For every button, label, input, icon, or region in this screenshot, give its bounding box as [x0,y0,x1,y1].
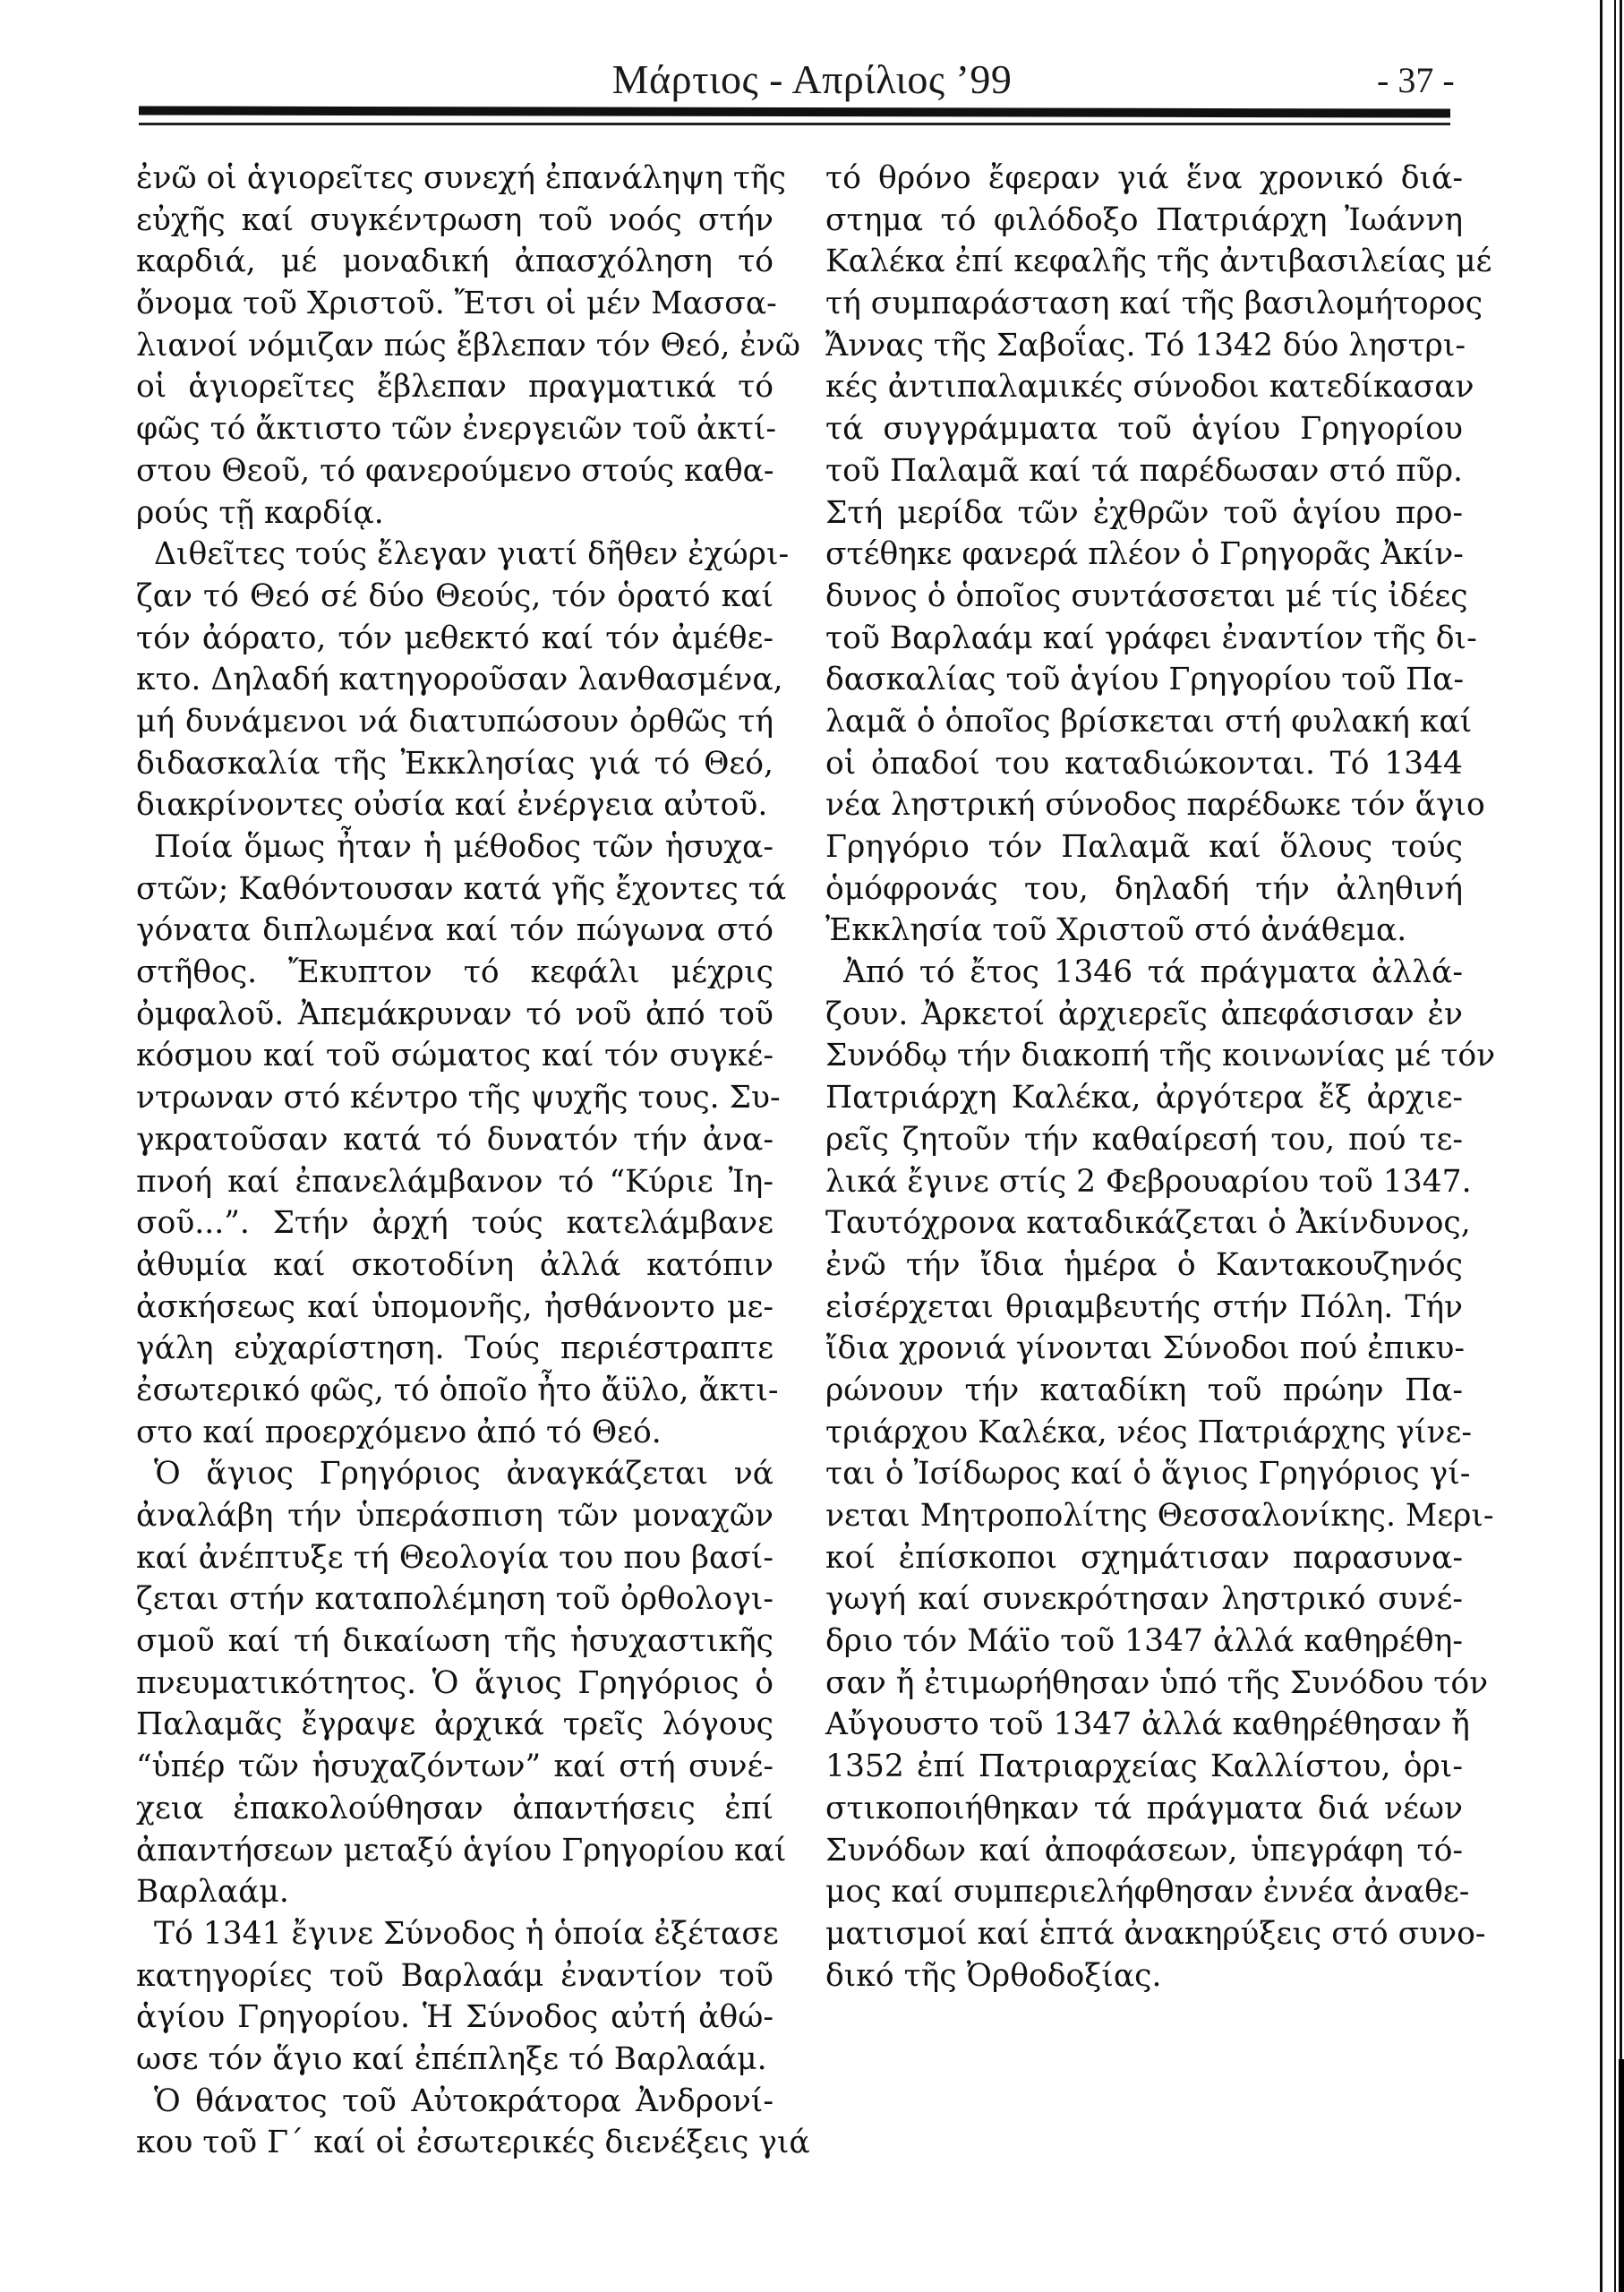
text-line: κοί ἐπίσκοποι σχημάτισαν παρασυνα- [825,1537,1463,1579]
text-line: Διθεῖτες τούς ἔλεγαν γιατί δῆθεν ἐχώρι- [136,534,774,576]
text-line: 1352 ἐπί Πατριαρχείας Καλλίστου, ὁρι- [825,1746,1463,1788]
text-line: διακρίνοντες οὐσία καί ἐνέργεια αὐτοῦ. [136,784,774,826]
text-line: ὁμόφρονάς του, δηλαδή τήν ἀληθινή [825,868,1463,911]
left-column: ἐνῶ οἱ ἁγιορεῖτες συνεχή ἐπανάληψη τῆςεὐ… [136,158,774,2164]
text-line: ἐνῶ οἱ ἁγιορεῖτες συνεχή ἐπανάληψη τῆς [136,158,774,200]
text-line: σαν ἤ ἐτιμωρήθησαν ὑπό τῆς Συνόδου τόν [825,1663,1463,1705]
text-line: ἐνῶ τήν ἴδια ἡμέρα ὁ Καντακουζηνός [825,1244,1463,1287]
text-line: καρδιά, μέ μοναδική ἀπασχόληση τό [136,241,774,283]
text-line: ἀθυμία καί σκοτοδίνη ἀλλά κατόπιν [136,1244,774,1287]
text-line: πνοή καί ἐπανελάμβανον τό “Κύριε Ἰη- [136,1161,774,1203]
right-column: τό θρόνο ἔφεραν γιά ἕνα χρονικό διά-στημ… [825,158,1463,1997]
text-line: γόνατα διπλωμένα καί τόν πώγωνα στό [136,910,774,952]
text-line: στῶν; Καθόντουσαν κατά γῆς ἔχοντες τά [136,868,774,911]
header-rule-thin [139,123,1450,125]
text-line: στου Θεοῦ, τό φανερούμενο στούς καθα- [136,450,774,492]
text-line: τά συγγράμματα τοῦ ἁγίου Γρηγορίου [825,408,1463,450]
text-line: ρεῖς ζητοῦν τήν καθαίρεσή του, πού τε- [825,1119,1463,1161]
text-line: ται ὁ Ἰσίδωρος καί ὁ ἅγιος Γρηγόριος γί- [825,1453,1463,1495]
scan-edge-line [1620,0,1622,2292]
text-line: ρούς τῇ καρδίᾳ. [136,492,774,535]
text-line: Ποία ὅμως ἦταν ἡ μέθοδος τῶν ἡσυχα- [136,826,774,868]
page-number: - 37 - [1377,59,1455,101]
text-line: οἱ ἁγιορεῖτες ἔβλεπαν πραγματικά τό [136,366,774,408]
scan-edge-shadow [1619,2059,1624,2292]
text-line: κές ἀντιπαλαμικές σύνοδοι κατεδίκασαν [825,366,1463,408]
text-line: ἀναλάβη τήν ὑπεράσπιση τῶν μοναχῶν [136,1495,774,1537]
text-line: ὀμφαλοῦ. Ἀπεμάκρυναν τό νοῦ ἀπό τοῦ [136,994,774,1036]
text-line: Γρηγόριο τόν Παλαμᾶ καί ὅλους τούς [825,826,1463,868]
text-line: τριάρχου Καλέκα, νέος Πατριάρχης γίνε- [825,1412,1463,1454]
text-line: γάλη εὐχαρίστηση. Τούς περιέστραπτε [136,1328,774,1370]
text-line: ωσε τόν ἅγιο καί ἐπέπληξε τό Βαρλαάμ. [136,2039,774,2081]
text-line: εὐχῆς καί συγκέντρωση τοῦ νοός στήν [136,200,774,242]
text-line: μος καί συμπεριελήφθησαν ἐννέα ἀναθε- [825,1871,1463,1913]
text-line: λαμᾶ ὁ ὁποῖος βρίσκεται στή φυλακή καί [825,701,1463,743]
text-line: τό θρόνο ἔφεραν γιά ἕνα χρονικό διά- [825,158,1463,200]
text-line: Ἄννας τῆς Σαβοΐας. Τό 1342 δύο ληστρι- [825,325,1463,367]
text-line: σμοῦ καί τή δικαίωση τῆς ἡσυχαστικῆς [136,1621,774,1663]
text-line: δριο τόν Μάϊο τοῦ 1347 ἀλλά καθηρέθη- [825,1621,1463,1663]
text-line: νέα ληστρική σύνοδος παρέδωκε τόν ἅγιο [825,784,1463,826]
text-line: γκρατοῦσαν κατά τό δυνατόν τήν ἀνα- [136,1119,774,1161]
text-line: γωγή καί συνεκρότησαν ληστρικό συνέ- [825,1578,1463,1621]
scan-edge-line [1600,0,1603,2292]
header-rule-thick [139,106,1450,117]
text-line: Παλαμᾶς ἔγραψε ἀρχικά τρεῖς λόγους [136,1704,774,1746]
text-line: ἐσωτερικό φῶς, τό ὁποῖο ἦτο ἄϋλο, ἄκτι- [136,1370,774,1412]
text-line: ἀπαντήσεων μεταξύ ἁγίου Γρηγορίου καί [136,1830,774,1872]
text-line: τοῦ Βαρλαάμ καί γράφει ἐναντίον τῆς δι- [825,618,1463,660]
text-line: χεια ἐπακολούθησαν ἀπαντήσεις ἐπί [136,1788,774,1830]
text-line: κτο. Δηλαδή κατηγοροῦσαν λανθασμένα, [136,659,774,701]
text-line: ζαν τό Θεό σέ δύο Θεούς, τόν ὁρατό καί [136,576,774,618]
text-line: Συνόδῳ τήν διακοπή τῆς κοινωνίας μέ τόν [825,1035,1463,1077]
text-line: στημα τό φιλόδοξο Πατριάρχη Ἰωάννη [825,200,1463,242]
text-line: Αὔγουστο τοῦ 1347 ἀλλά καθηρέθησαν ἤ [825,1704,1463,1746]
text-line: Βαρλαάμ. [136,1871,774,1913]
text-line: τοῦ Παλαμᾶ καί τά παρέδωσαν στό πῦρ. [825,450,1463,492]
text-line: μή δυνάμενοι νά διατυπώσουν ὀρθῶς τή [136,701,774,743]
text-line: Στή μερίδα τῶν ἐχθρῶν τοῦ ἁγίου προ- [825,492,1463,535]
text-line: εἰσέρχεται θριαμβευτής στήν Πόλη. Τήν [825,1287,1463,1329]
text-line: Καλέκα ἐπί κεφαλῆς τῆς ἀντιβασιλείας μέ [825,241,1463,283]
text-line: στο καί προερχόμενο ἀπό τό Θεό. [136,1412,774,1454]
text-line: Συνόδων καί ἀποφάσεων, ὑπεγράφη τό- [825,1830,1463,1872]
text-line: δασκαλίας τοῦ ἁγίου Γρηγορίου τοῦ Πα- [825,659,1463,701]
text-line: Ἐκκλησία τοῦ Χριστοῦ στό ἀνάθεμα. [825,910,1463,952]
text-line: λικά ἔγινε στίς 2 Φεβρουαρίου τοῦ 1347. [825,1161,1463,1203]
text-line: ματισμοί καί ἑπτά ἀνακηρύξεις στό συνο- [825,1913,1463,1955]
text-line: ἁγίου Γρηγορίου. Ἡ Σύνοδος αὐτή ἀθώ- [136,1997,774,2039]
text-line: σοῦ...”. Στήν ἀρχή τούς κατελάμβανε [136,1202,774,1244]
text-line: Πατριάρχη Καλέκα, ἀργότερα ἔξ ἀρχιε- [825,1077,1463,1119]
text-line: στικοποιήθηκαν τά πράγματα διά νέων [825,1788,1463,1830]
text-line: νεται Μητροπολίτης Θεσσαλονίκης. Μερι- [825,1495,1463,1537]
text-line: φῶς τό ἄκτιστο τῶν ἐνεργειῶν τοῦ ἀκτί- [136,408,774,450]
text-line: ὄνομα τοῦ Χριστοῦ. Ἔτσι οἱ μέν Μασσα- [136,283,774,325]
text-line: Ἀπό τό ἔτος 1346 τά πράγματα ἀλλά- [825,952,1463,994]
text-line: τόν ἀόρατο, τόν μεθεκτό καί τόν ἀμέθε- [136,618,774,660]
text-line: Ταυτόχρονα καταδικάζεται ὁ Ἀκίνδυνος, [825,1202,1463,1244]
text-line: κατηγορίες τοῦ Βαρλαάμ ἐναντίον τοῦ [136,1955,774,1997]
text-line: δυνος ὁ ὁποῖος συντάσσεται μέ τίς ἰδέες [825,576,1463,618]
text-line: καί ἀνέπτυξε τή Θεολογία του που βασί- [136,1537,774,1579]
text-line: διδασκαλία τῆς Ἐκκλησίας γιά τό Θεό, [136,743,774,785]
text-line: πνευματικότητος. Ὁ ἅγιος Γρηγόριος ὁ [136,1663,774,1705]
text-line: κου τοῦ Γ΄ καί οἱ ἐσωτερικές διενέξεις γ… [136,2122,774,2164]
text-line: τή συμπαράσταση καί τῆς βασιλομήτορος [825,283,1463,325]
text-line: Τό 1341 ἔγινε Σύνοδος ἡ ὁποία ἐξέτασε [136,1913,774,1955]
text-line: στέθηκε φανερά πλέον ὁ Γρηγορᾶς Ἀκίν- [825,534,1463,576]
text-line: δικό τῆς Ὀρθοδοξίας. [825,1955,1463,1997]
text-line: ζουν. Ἀρκετοί ἀρχιερεῖς ἀπεφάσισαν ἐν [825,994,1463,1036]
text-line: ἀσκήσεως καί ὑπομονῆς, ἠσθάνοντο με- [136,1287,774,1329]
text-line: λιανοί νόμιζαν πώς ἔβλεπαν τόν Θεό, ἐνῶ [136,325,774,367]
text-line: “ὑπέρ τῶν ἡσυχαζόντων” καί στή συνέ- [136,1746,774,1788]
scan-edge-line [1614,0,1616,2292]
text-line: στῆθος. Ἔκυπτον τό κεφάλι μέχρις [136,952,774,994]
text-line: ρώνουν τήν καταδίκη τοῦ πρώην Πα- [825,1370,1463,1412]
text-line: οἱ ὀπαδοί του καταδιώκονται. Τό 1344 [825,743,1463,785]
text-line: κόσμου καί τοῦ σώματος καί τόν συγκέ- [136,1035,774,1077]
text-line: Ὁ ἅγιος Γρηγόριος ἀναγκάζεται νά [136,1453,774,1495]
text-line: ἴδια χρονιά γίνονται Σύνοδοι πού ἐπικυ- [825,1328,1463,1370]
text-line: Ὁ θάνατος τοῦ Αὐτοκράτορα Ἀνδρονί- [136,2081,774,2123]
text-line: ντρωναν στό κέντρο τῆς ψυχῆς τους. Συ- [136,1077,774,1119]
text-line: ζεται στήν καταπολέμηση τοῦ ὀρθολογι- [136,1578,774,1621]
